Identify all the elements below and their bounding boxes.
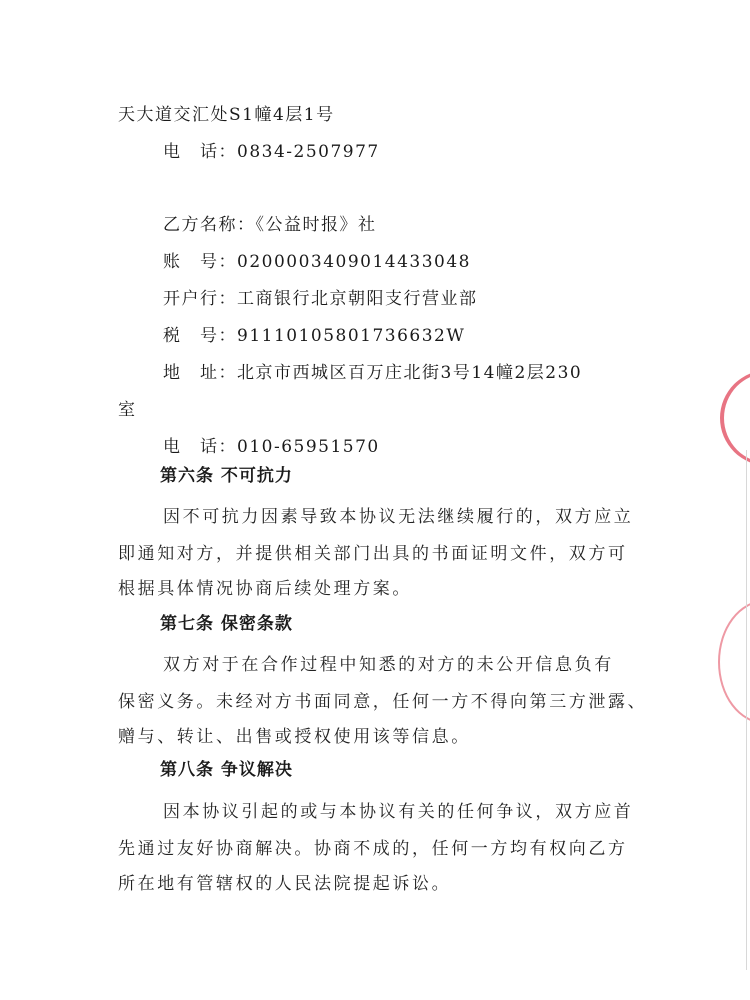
article-8-title: 第八条 争议解决 [160,755,293,780]
party-b-address: 北京市西城区百万庄北街3号14幢2层230 [237,363,582,383]
article-8-line-1: 因本协议引起的或与本协议有关的任何争议，双方应首 [163,797,633,822]
party-a-phone-label: 电 话： [163,137,237,162]
party-a-phone-row: 电 话：0834-2507977 [163,137,380,162]
party-b-tax-id: 91110105801736632W [237,326,465,346]
page-edge-line [746,450,747,970]
article-6-line-2: 即通知对方，并提供相关部门出具的书面证明文件，双方可 [118,539,628,564]
party-b-bank-row: 开户行：工商银行北京朝阳支行营业部 [163,284,478,309]
article-8-line-2: 先通过友好协商解决。协商不成的，任何一方均有权向乙方 [118,834,628,859]
party-b-name-row: 乙方名称：《公益时报》社 [163,210,377,235]
party-b-account-row: 账 号：0200003409014433048 [163,247,471,272]
party-b-account-label: 账 号： [163,252,237,272]
party-b-tax-label: 税 号： [163,326,237,346]
article-7-title: 第七条 保密条款 [160,609,293,634]
party-b-address-row: 地 址：北京市西城区百万庄北街3号14幢2层230 [163,358,582,383]
party-b-name: 《公益时报》社 [256,215,377,235]
party-b-bank-label: 开户行： [163,289,237,309]
article-7-line-2: 保密义务。未经对方书面同意，任何一方不得向第三方泄露、 [118,687,647,712]
party-b-account: 0200003409014433048 [237,252,471,272]
article-7-line-1: 双方对于在合作过程中知悉的对方的未公开信息负有 [163,650,614,675]
party-b-address-label: 地 址： [163,363,237,383]
party-a-address-continuation: 天大道交汇处S1幢4层1号 [118,100,335,125]
party-a-phone: 0834-2507977 [237,142,380,162]
party-b-phone-row: 电 话：010-65951570 [163,432,380,457]
party-b-name-label: 乙方名称： [163,215,256,235]
article-6-line-1: 因不可抗力因素导致本协议无法继续履行的，双方应立 [163,502,633,527]
party-b-phone-label: 电 话： [163,437,237,457]
party-b-address-line2: 室 [118,395,137,420]
party-b-tax-row: 税 号：91110105801736632W [163,321,465,346]
article-7-line-3: 赠与、转让、出售或授权使用该等信息。 [118,722,471,747]
article-6-title: 第六条 不可抗力 [160,461,293,486]
article-6-line-3: 根据具体情况协商后续处理方案。 [118,574,412,599]
party-b-phone: 010-65951570 [237,437,380,457]
article-8-line-3: 所在地有管辖权的人民法院提起诉讼。 [118,869,451,894]
party-b-bank: 工商银行北京朝阳支行营业部 [237,289,478,309]
